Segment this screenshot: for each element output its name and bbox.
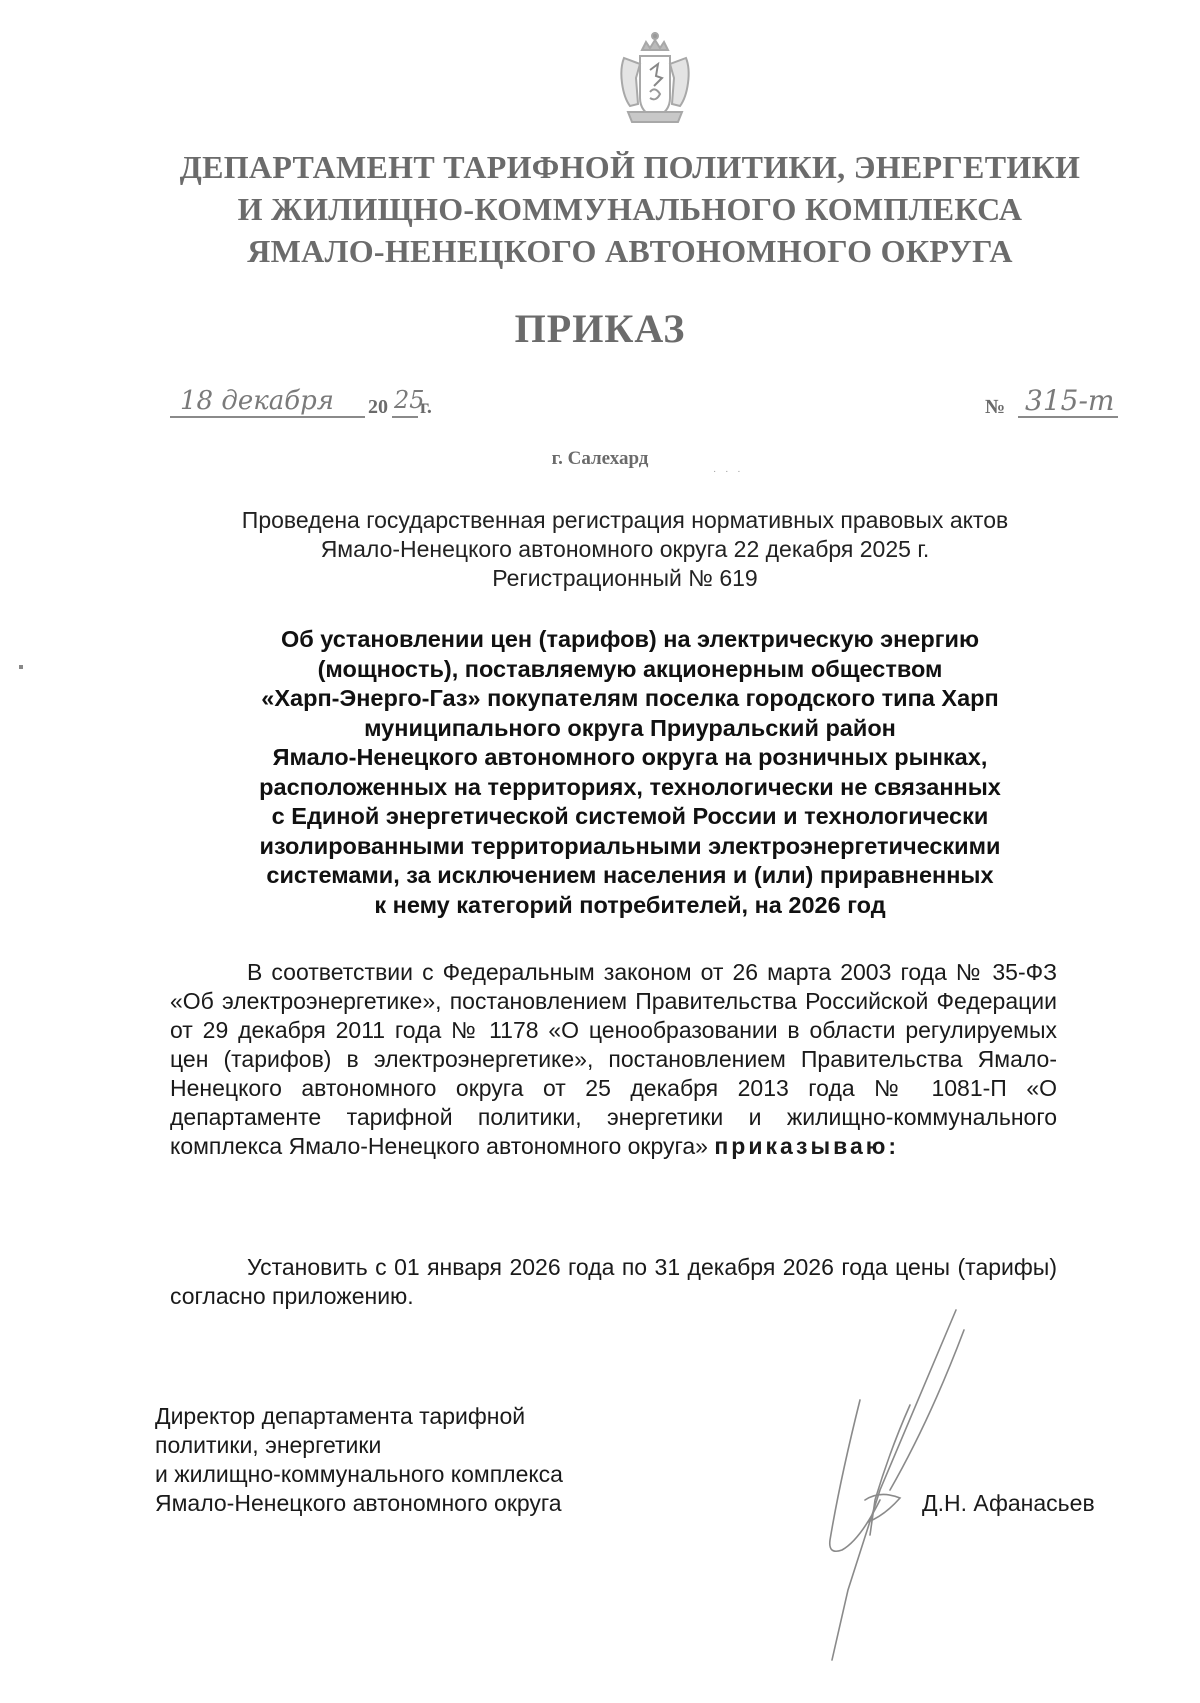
subject-line: (мощность), поставляемую акционерным общ… [200,655,1060,685]
registration-line: Регистрационный № 619 [190,564,1060,593]
date-underline [170,416,365,418]
subject-line: изолированными территориальными электроэ… [200,832,1060,862]
signatory-name: Д.Н. Афанасьев [922,1490,1095,1517]
preamble-text: В соответствии с Федеральным законом от … [170,959,1057,1159]
city-dots: · · · [713,466,744,477]
subject-line: Ямало-Ненецкого автономного округа на ро… [200,743,1060,773]
number-handwritten: 315-т [1025,384,1114,417]
preamble-paragraph: В соответствии с Федеральным законом от … [170,958,1057,1161]
city-name: г. Салехард [0,448,1200,470]
signatory-title-line: политики, энергетики [155,1431,563,1460]
subject-line: муниципального округа Приуральский район [200,714,1060,744]
registration-note: Проведена государственная регистрация но… [190,506,1060,593]
order-date: 18 декабря 20 25 г. [170,386,470,426]
number-label: № [985,396,1005,419]
date-century: 20 [368,396,388,419]
registration-line: Ямало-Ненецкого автономного округа 22 де… [190,535,1060,564]
subject-line: системами, за исключением населения и (и… [200,861,1060,891]
department-name-line-1: ДЕПАРТАМЕНТ ТАРИФНОЙ ПОЛИТИКИ, ЭНЕРГЕТИК… [140,146,1120,188]
subject-line: Об установлении цен (тарифов) на электри… [200,625,1060,655]
document-type-title: ПРИКАЗ [0,305,1200,352]
order-subject: Об установлении цен (тарифов) на электри… [200,625,1060,920]
department-name-line-3: ЯМАЛО-НЕНЕЦКОГО АВТОНОМНОГО ОКРУГА [140,230,1120,272]
signatory-title-line: Ямало-Ненецкого автономного округа [155,1489,563,1518]
year-underline [392,416,418,418]
order-verb: приказываю: [714,1133,899,1159]
signatory-title-line: и жилищно-коммунального комплекса [155,1460,563,1489]
number-underline [1018,416,1118,418]
subject-line: к нему категорий потребителей, на 2026 г… [200,891,1060,921]
registration-line: Проведена государственная регистрация но… [190,506,1060,535]
signatory-title-line: Директор департамента тарифной [155,1402,563,1431]
date-suffix: г. [420,396,432,419]
scan-speck [19,665,23,669]
order-number: № 315-т [985,384,1125,424]
subject-line: расположенных на территориях, технологич… [200,773,1060,803]
subject-line: с Единой энергетической системой России … [200,802,1060,832]
date-day-month-handwritten: 18 декабря [180,386,334,416]
coat-of-arms-icon [612,28,698,128]
signatory-title: Директор департамента тарифной политики,… [155,1402,563,1518]
handwritten-signature-icon [760,1300,980,1670]
department-name-line-2: И ЖИЛИЩНО-КОММУНАЛЬНОГО КОМПЛЕКСА [140,188,1120,230]
subject-line: «Харп-Энерго-Газ» покупателям поселка го… [200,684,1060,714]
